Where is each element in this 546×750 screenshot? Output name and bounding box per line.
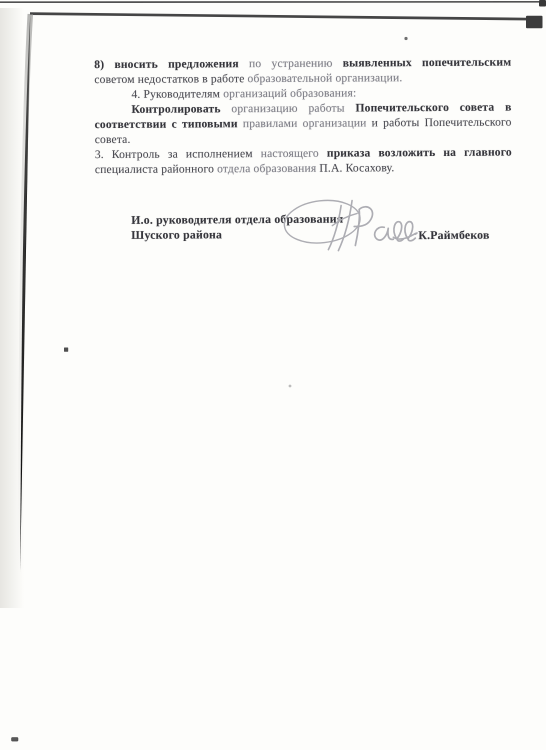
text-segment: Контролировать (131, 102, 231, 116)
text-segment: совета. (95, 133, 131, 146)
document-line: 8) вносить предложения по устранению выя… (94, 55, 511, 73)
text-segment: 8) вносить предложения (94, 57, 249, 71)
document-body: 8) вносить предложения по устранению выя… (94, 55, 512, 178)
signature-scrawl (275, 192, 435, 263)
text-segment: советом недостатков в работе (94, 72, 247, 86)
text-segment: образовательной организации. (247, 71, 402, 85)
document-line: специалиста районного отдела образования… (95, 160, 512, 178)
text-segment: правилами организации (243, 116, 372, 130)
signer-name: К.Раймбеков (418, 228, 489, 243)
signature-stroke (354, 207, 373, 246)
signature-stroke (332, 213, 357, 225)
scanned-page: 8) вносить предложения по устранению выя… (0, 0, 546, 750)
text-segment: Попечительского совета в (355, 101, 511, 115)
text-segment: соответствии с типовыми (95, 117, 243, 131)
text-segment: отдела образования (217, 162, 319, 176)
text-segment: 3. Контроль за исполнением (95, 147, 261, 161)
text-segment: организаций образования: (223, 86, 356, 100)
text-segment: 4. Руководителям (131, 87, 223, 101)
signature-stroke (375, 227, 394, 240)
document-content: 8) вносить предложения по устранению выя… (0, 0, 546, 750)
text-segment: по устранению (249, 57, 343, 71)
text-segment: настоящего (261, 147, 327, 160)
text-segment: и работы Попечительского (372, 116, 512, 130)
text-segment: выявленных попечительским (343, 56, 512, 70)
document-line: соответствии с типовыми правилами органи… (95, 115, 512, 133)
text-segment: П.А. Косахову. (319, 161, 394, 174)
text-segment: организацию работы (231, 101, 355, 115)
signature-stroke (328, 206, 341, 250)
document-line: 3. Контроль за исполнением настоящего пр… (95, 145, 512, 163)
text-segment: специалиста районного (95, 162, 217, 176)
text-segment: приказа возложить на главного (327, 146, 512, 160)
signature-loop (282, 197, 362, 247)
